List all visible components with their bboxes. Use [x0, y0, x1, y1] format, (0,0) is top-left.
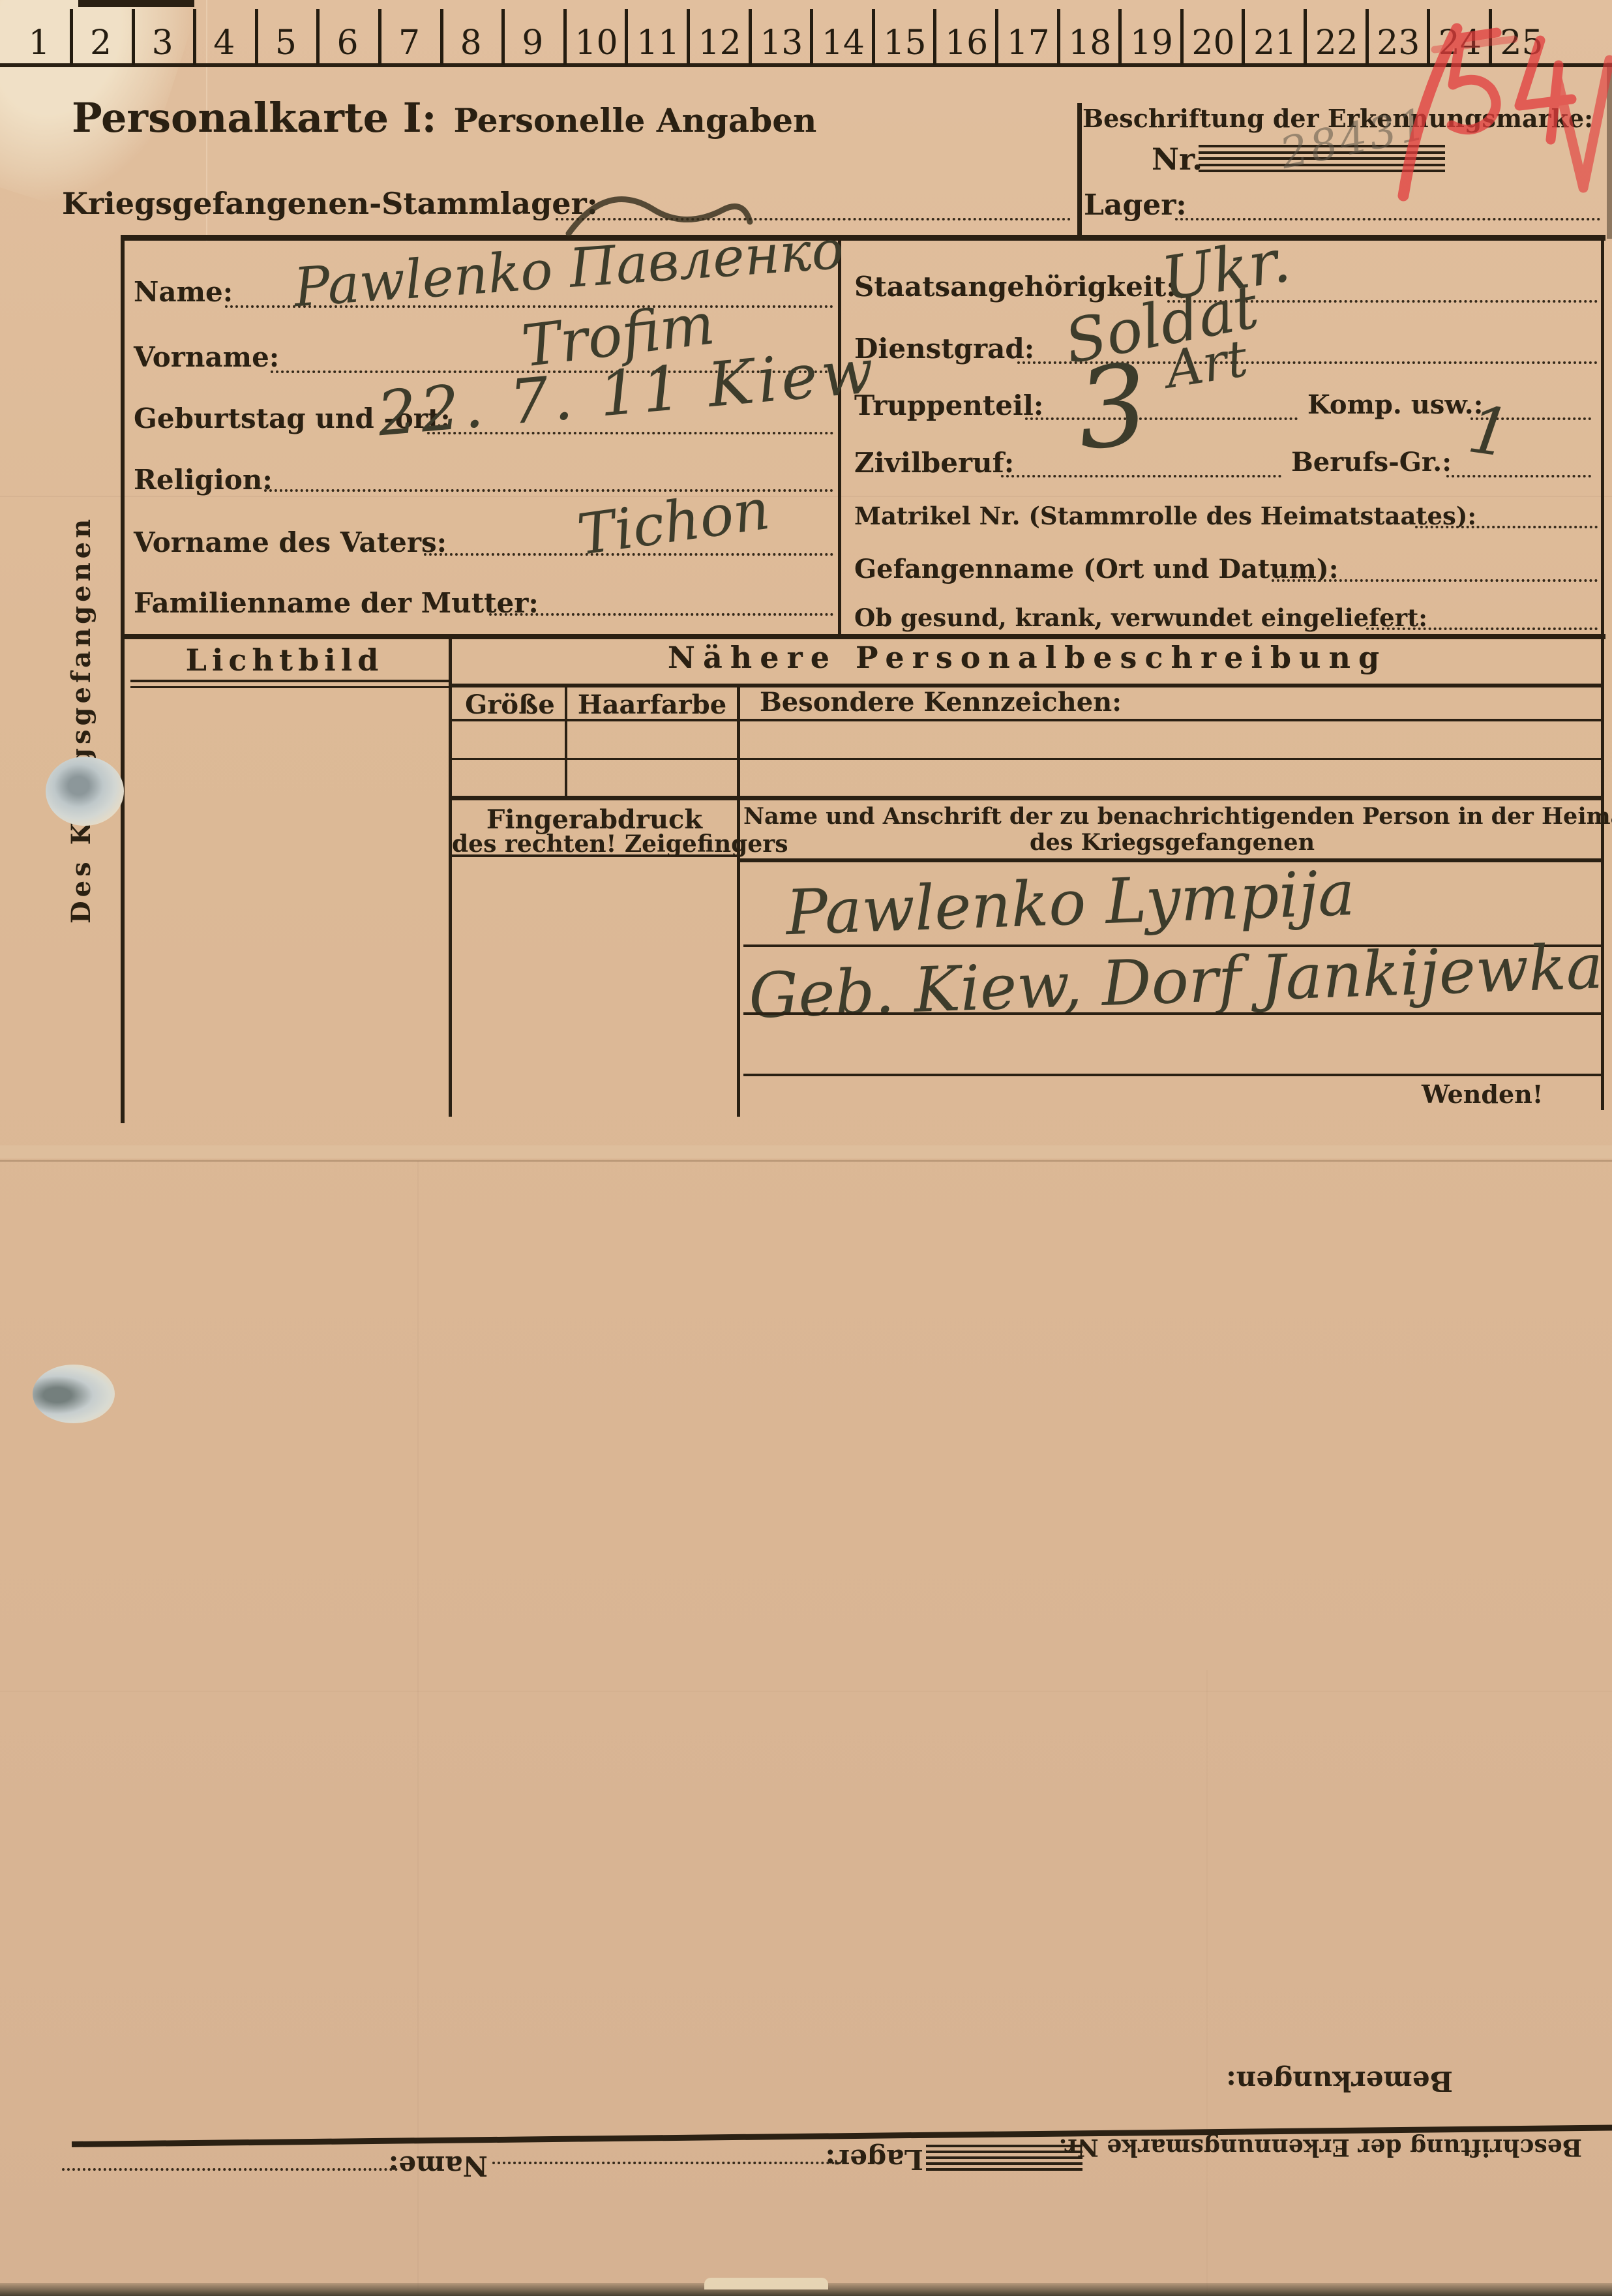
field-berufsgr-label: Berufs-Gr.: [1291, 449, 1452, 476]
fingerprint-label-underline [452, 854, 737, 857]
scan-edge-notch [704, 2278, 828, 2289]
field-berufsgr-value: 1 [1464, 397, 1514, 467]
description-title: Nähere Personalbeschreibung [452, 642, 1603, 673]
hair-column-label: Haarfarbe [571, 691, 733, 719]
contact-header-underline [740, 858, 1603, 862]
field-capture-label: Gefangenname (Ort und Datum): [854, 556, 1339, 583]
field-health-label: Ob gesund, krank, verwundet eingeliefert… [854, 605, 1427, 631]
field-matrikel-label: Matrikel Nr. (Stammrolle des Heimatstaat… [854, 504, 1476, 529]
back-lager-dotted [492, 2162, 835, 2164]
fingerprint-label-line2: des rechten! Zeigefingers [452, 832, 737, 857]
photo-underline-1 [130, 680, 449, 682]
photo-underline-2 [130, 686, 449, 688]
field-civiljob-dotted [1001, 475, 1281, 477]
field-matrikel-dotted [1415, 526, 1598, 528]
ruled-line [926, 2168, 1082, 2171]
fold-line [0, 1160, 1612, 1162]
back-lager-label: Lager: [840, 2145, 923, 2173]
ruled-line [926, 2162, 1082, 2165]
table-section-divider [121, 634, 1605, 639]
subtable-line-1 [452, 719, 1601, 721]
field-berufsgr-dotted [1446, 475, 1591, 477]
back-remarks-label: Bemerkungen: [1267, 2066, 1453, 2095]
back-name-label: Name: [402, 2151, 488, 2180]
field-komp-label: Komp. usw.: [1307, 391, 1483, 419]
crease-line [0, 1691, 1612, 1692]
punch-hole [33, 1365, 115, 1423]
ruled-line [926, 2151, 1082, 2153]
height-column-label: Größe [455, 691, 565, 719]
punch-hole [46, 757, 124, 826]
contact-ruled-line-3 [743, 1074, 1603, 1076]
marks-label: Besondere Kennzeichen: [760, 689, 1122, 716]
height-hair-divider [565, 686, 567, 798]
crease-line [0, 496, 1612, 497]
contact-header-line1: Name und Anschrift der zu benachrichtige… [743, 805, 1601, 829]
field-religion-label: Religion: [134, 466, 273, 494]
turn-over-note: Wenden! [1422, 1081, 1543, 1108]
contact-handwriting-line1: Pawlenko Lympija [785, 863, 1356, 944]
field-health-dotted [1366, 627, 1598, 630]
field-unit-label: Truppenteil: [854, 391, 1043, 420]
field-capture-dotted [1272, 579, 1598, 582]
subtable-heavy-line [452, 796, 1601, 800]
back-tag-label: Beschriftung der Erkennungsmarke Nr. [1094, 2134, 1582, 2159]
crease-line [1206, 1670, 1208, 2296]
back-name-dotted [62, 2168, 398, 2171]
field-mother-label: Familienname der Mutter: [134, 589, 539, 618]
field-unit-dotted [1025, 417, 1298, 420]
field-civiljob-label: Zivilberuf: [854, 449, 1014, 477]
side-vertical-label: Des Kriegsgefangenen [68, 527, 103, 924]
subtable-line-2 [452, 758, 1601, 760]
red-crayon-mark [0, 0, 1612, 274]
fold-highlight [0, 1145, 1612, 1158]
contact-ruled-line-2 [743, 1012, 1603, 1015]
contact-header-line2: des Kriegsgefangenen [743, 831, 1601, 855]
fingerprint-label-line1: Fingerabdruck [452, 806, 737, 834]
back-tag-ruled-block [926, 2145, 1082, 2171]
field-father-label: Vorname des Vaters: [134, 528, 447, 557]
photo-cell-label: Lichtbild [121, 644, 449, 676]
photo-cell-right-border [449, 634, 452, 1117]
ruled-line [926, 2156, 1082, 2159]
crease-line [417, 1161, 419, 2296]
pow-personal-card-scan: 1234567891011121314151617181920212223242… [0, 0, 1612, 2296]
fingerprint-column-right-border [737, 686, 740, 1117]
field-father-value: Tichon [574, 481, 773, 564]
field-mother-dotted [489, 613, 833, 616]
ruled-line [926, 2145, 1082, 2147]
